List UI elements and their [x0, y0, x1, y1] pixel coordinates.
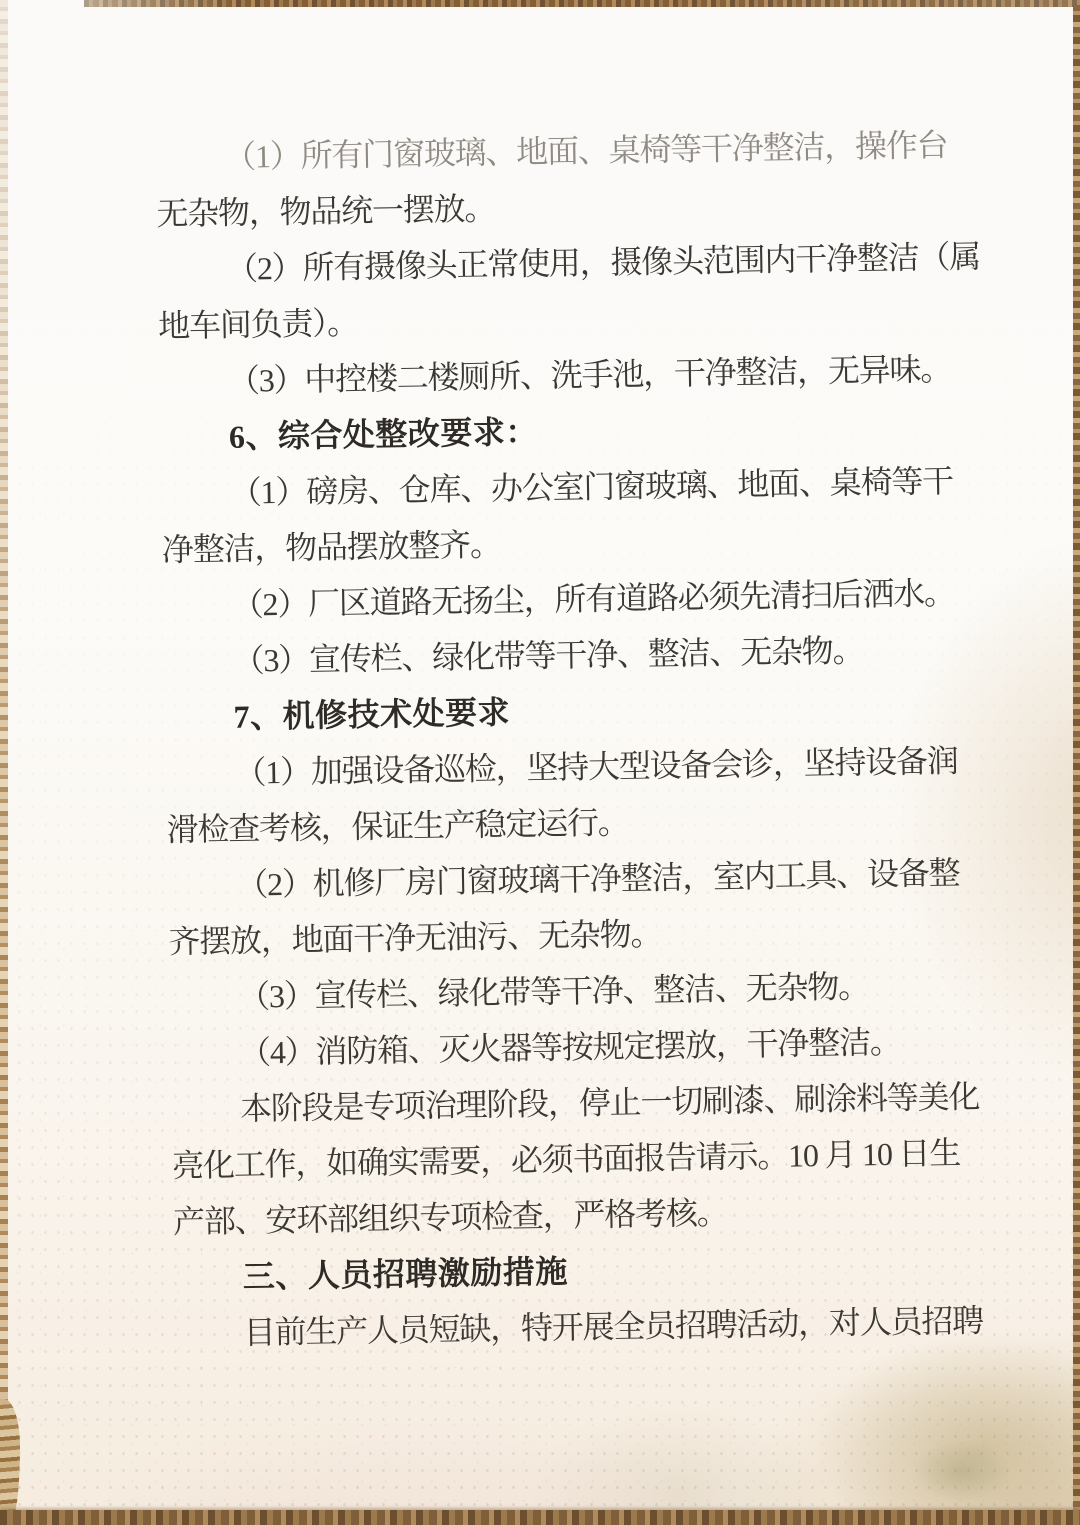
- scan-edge-right: [1073, 5, 1080, 1512]
- scan-edge-bottom-left-corner: [0, 1399, 20, 1517]
- document-line: 目前生产人员短缺，特开展全员招聘活动，对人员招聘: [174, 1293, 967, 1362]
- scan-edge-left: [0, 0, 8, 1513]
- scan-edge-top: [84, 0, 1080, 7]
- scan-edge-bottom: [0, 1510, 1080, 1525]
- document-content: （1）所有门窗玻璃、地面、桌椅等干净整洁，操作台无杂物，物品统一摆放。（2）所有…: [155, 117, 967, 1362]
- scanned-document-page: （1）所有门窗玻璃、地面、桌椅等干净整洁，操作台无杂物，物品统一摆放。（2）所有…: [0, 0, 1080, 1525]
